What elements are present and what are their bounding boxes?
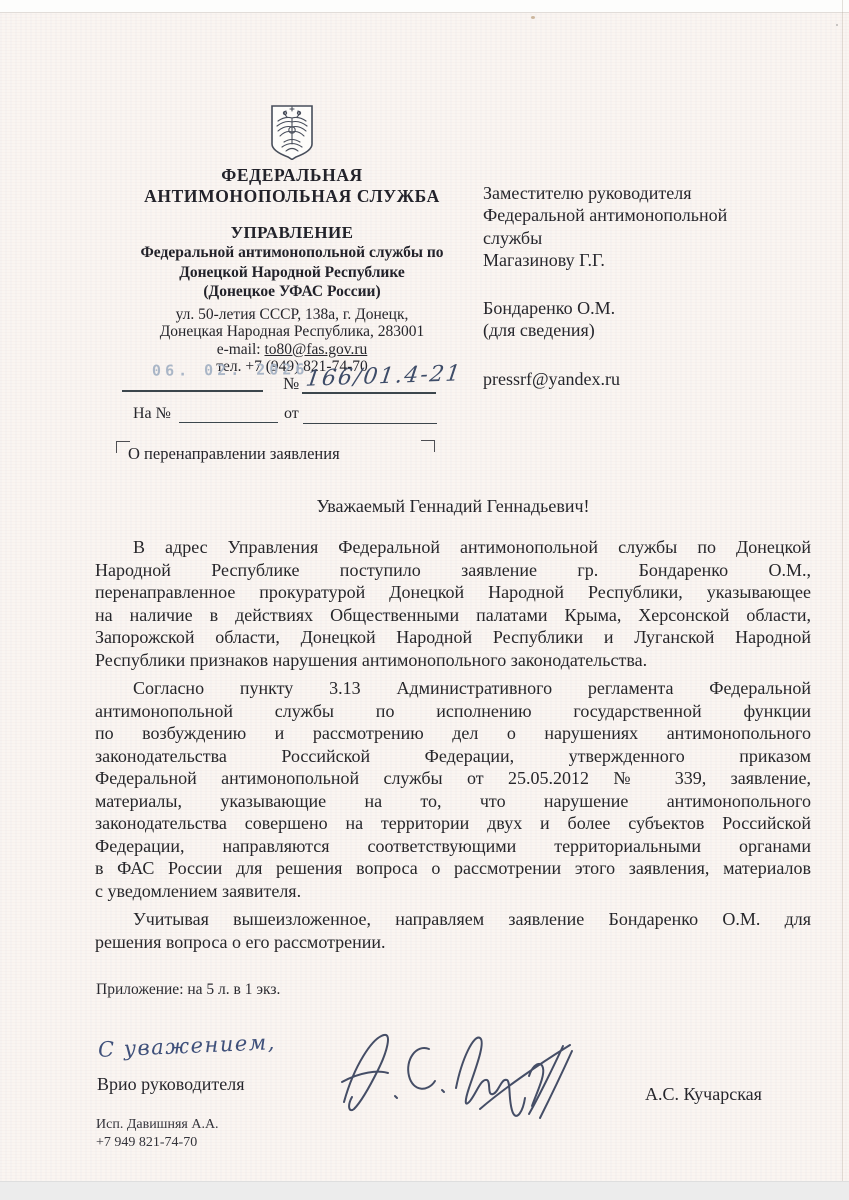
body-line: Запорожской области, Донецкой Народной Р…: [95, 626, 811, 649]
body-line: антимонопольной службы по исполнению гос…: [95, 700, 811, 723]
executor-footer: Исп. Давишняя А.А. +7 949 821-74-70: [96, 1116, 219, 1151]
address-line2: Донецкая Народная Республика, 283001: [96, 323, 488, 341]
fas-emblem-icon: [269, 104, 315, 160]
org-name-line1: ФЕДЕРАЛЬНАЯ: [96, 165, 488, 186]
body-line: перенаправленное прокуратурой Донецкой Н…: [95, 581, 811, 604]
recipient-cc-line: Бондаренко О.М.: [483, 297, 793, 319]
executor-name: Исп. Давишняя А.А.: [96, 1116, 219, 1134]
scan-speck: [531, 16, 535, 19]
body-line: В адрес Управления Федеральной антимоноп…: [95, 536, 811, 559]
number-underline: [302, 392, 436, 394]
letter-body: В адрес Управления Федеральной антимоноп…: [95, 536, 811, 959]
paragraph: Учитывая вышеизложенное, направляем заяв…: [95, 908, 811, 953]
recipient-line: Федеральной антимонопольной: [483, 204, 793, 226]
scan-right-edge: [842, 0, 843, 1181]
body-line: Согласно пункту 3.13 Административного р…: [95, 677, 811, 700]
date-underline: [122, 390, 263, 392]
email-line: e-mail: to80@fas.gov.ru: [96, 341, 488, 359]
reply-number-underline: [179, 422, 278, 423]
recipient-line: службы: [483, 227, 793, 249]
handwritten-outgoing-number: 166/01.4-21: [304, 361, 463, 392]
paragraph: Согласно пункту 3.13 Административного р…: [95, 677, 811, 902]
body-line: Учитывая вышеизложенное, направляем заяв…: [95, 908, 811, 931]
recipient-line: Магазинову Г.Г.: [483, 249, 793, 271]
dept-line1: Федеральной антимонопольной службы по: [96, 243, 488, 263]
body-line: по возбуждению и рассмотрению дел о нару…: [95, 722, 811, 745]
recipient-cc-line: (для сведения): [483, 319, 793, 341]
recipient-email: pressrf@yandex.ru: [483, 368, 793, 390]
from-date-underline: [303, 423, 437, 424]
signer-name: А.С. Кучарская: [645, 1084, 762, 1105]
number-label: №: [283, 374, 299, 394]
handwritten-signature-icon: [332, 1016, 588, 1124]
scanned-letter-page: ФЕДЕРАЛЬНАЯ АНТИМОНОПОЛЬНАЯ СЛУЖБА УПРАВ…: [0, 0, 849, 1200]
body-line: Федеральной антимонопольной службы от 25…: [95, 767, 811, 790]
body-line: решения вопроса о его рассмотрении.: [95, 931, 811, 954]
body-line: в ФАС России для решения вопроса о рассм…: [95, 857, 811, 880]
paragraph: В адрес Управления Федеральной антимоноп…: [95, 536, 811, 671]
recipient-block: Заместителю руководителя Федеральной ант…: [483, 182, 793, 390]
attachment-note: Приложение: на 5 л. в 1 экз.: [96, 981, 280, 999]
org-name-line2: АНТИМОНОПОЛЬНАЯ СЛУЖБА: [96, 186, 488, 207]
scan-top-edge: [0, 0, 849, 13]
from-date-label: от: [284, 405, 299, 423]
signer-position: Врио руководителя: [97, 1074, 245, 1095]
body-line: материалы, указывающие на то, что наруше…: [95, 790, 811, 813]
handwritten-regards: С уважением,: [98, 1030, 277, 1062]
body-line: законодательства Российской Федерации, у…: [95, 745, 811, 768]
executor-phone: +7 949 821-74-70: [96, 1134, 219, 1152]
salutation: Уважаемый Геннадий Геннадьевич!: [95, 496, 811, 517]
letterhead: ФЕДЕРАЛЬНАЯ АНТИМОНОПОЛЬНАЯ СЛУЖБА УПРАВ…: [96, 104, 488, 376]
body-line: с уведомлением заявителя.: [95, 880, 811, 903]
recipient-line: Заместителю руководителя: [483, 182, 793, 204]
body-line: на наличие в действиях Общественными пал…: [95, 604, 811, 627]
dept-line2: Донецкой Народной Республике: [96, 263, 488, 283]
body-line: законодательства совершено на территории…: [95, 812, 811, 835]
scan-speck: [836, 24, 838, 26]
letterhead-email: to80@fas.gov.ru: [264, 341, 367, 358]
subject-corner-right: [421, 440, 435, 452]
dept-line3: (Донецкое УФАС России): [96, 282, 488, 302]
scan-bottom-edge: [0, 1181, 849, 1200]
body-line: Республики признаков нарушения антимоноп…: [95, 649, 811, 672]
subject-line: О перенаправлении заявления: [128, 444, 340, 464]
body-line: Федерации, направляются соответствующими…: [95, 835, 811, 858]
address-line1: ул. 50-летия СССР, 138а, г. Донецк,: [96, 306, 488, 324]
dept-title: УПРАВЛЕНИЕ: [96, 222, 488, 243]
email-label: e-mail:: [217, 341, 265, 358]
reply-to-label: На №: [133, 405, 171, 423]
body-line: Народной Республике поступило заявление …: [95, 559, 811, 582]
